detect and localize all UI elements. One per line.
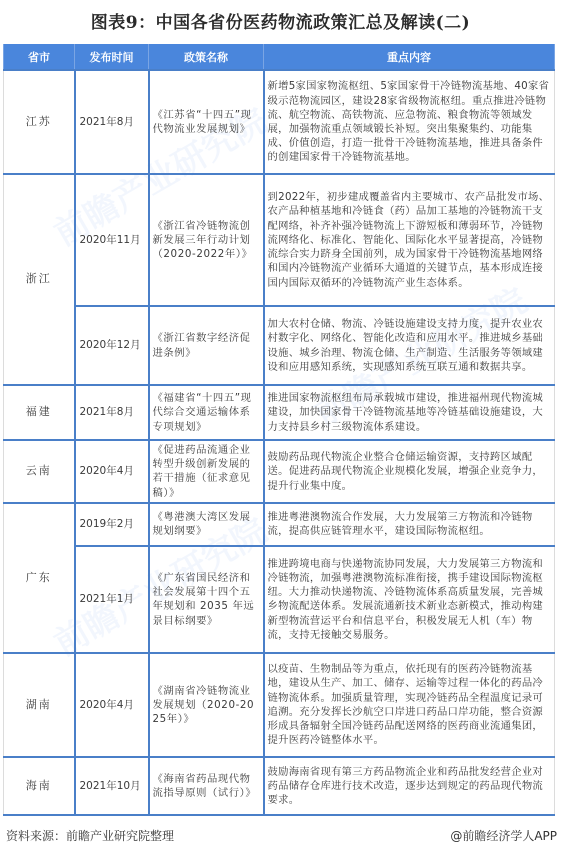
credit-note: @前瞻经济学人APP — [450, 827, 557, 844]
province-cell: 海南 — [4, 757, 75, 815]
date-cell: 2021年8月 — [75, 70, 149, 174]
province-cell: 湖南 — [4, 653, 75, 757]
chart-title: 图表9：中国各省份医药物流政策汇总及解读(二) — [0, 8, 561, 33]
policy-name-cell: 《粤港澳大湾区发展规划纲要》 — [149, 503, 264, 546]
date-cell: 2020年4月 — [75, 440, 149, 503]
date-cell: 2021年8月 — [75, 385, 149, 440]
table-row: 福建 2021年8月 《福建省“十四五”现代综合交通运输体系专项规划》 推进国家… — [4, 385, 555, 440]
table-row: 2020年12月 《浙江省数字经济促进条例》 加大农村仓储、物流、冷链设施建设支… — [4, 306, 555, 385]
date-cell: 2021年10月 — [75, 757, 149, 815]
content-cell: 到2022年，初步建成覆盖省内主要城市、农产品批发市场、农产品种植基地和冷链食（… — [264, 174, 555, 306]
header-province: 省市 — [4, 44, 75, 70]
header-policy-name: 政策名称 — [149, 44, 264, 70]
table-row: 云南 2020年4月 《促进药品流通企业转型升级创新发展的若干措施（征求意见稿）… — [4, 440, 555, 503]
content-cell: 加大农村仓储、物流、冷链设施建设支持力度，提升农业农村数字化、网络化、智能化改造… — [264, 306, 555, 385]
content-cell: 推进跨境电商与快递物流协同发展，大力发展第三方物流和冷链物流，加强粤港澳物流标准… — [264, 546, 555, 653]
content-cell: 新增5家国家物流枢纽、5家国家骨干冷链物流基地、40家省级示范物流园区，建设28… — [264, 70, 555, 174]
source-note: 资料来源：前瞻产业研究院整理 — [6, 827, 174, 844]
province-cell: 江苏 — [4, 70, 75, 174]
table-row: 浙江 2020年11月 《浙江省冷链物流创新发展三年行动计划（2020-2022… — [4, 174, 555, 306]
content-cell: 以疫苗、生物制品等为重点，依托现有的医药冷链物流基地，建设从生产、加工、储存、运… — [264, 653, 555, 757]
policy-name-cell: 《江苏省“十四五”现代物流业发展规划》 — [149, 70, 264, 174]
table-row: 2021年1月 《广东省国民经济和社会发展第十四个五年规划和 2035 年远景目… — [4, 546, 555, 653]
table-row: 湖南 2020年4月 《湖南省冷链物流业发展规划（2020-2025年）》 以疫… — [4, 653, 555, 757]
content-cell: 推进国家物流枢纽布局承载城市建设，推进福州现代物流城建设，加快国家骨干冷链物流基… — [264, 385, 555, 440]
province-cell: 福建 — [4, 385, 75, 440]
province-cell: 广东 — [4, 503, 75, 653]
content-cell: 推进粤港澳物流合作发展，大力发展第三方物流和冷链物流，提高供应链管理水平，建设国… — [264, 503, 555, 546]
province-cell: 云南 — [4, 440, 75, 503]
date-cell: 2020年12月 — [75, 306, 149, 385]
table-header-row: 省市 发布时间 政策名称 重点内容 — [4, 44, 555, 70]
policy-name-cell: 《促进药品流通企业转型升级创新发展的若干措施（征求意见稿）》 — [149, 440, 264, 503]
policy-name-cell: 《海南省药品现代物流指导原则（试行）》 — [149, 757, 264, 815]
province-cell: 浙江 — [4, 174, 75, 385]
header-key-content: 重点内容 — [264, 44, 555, 70]
policy-name-cell: 《广东省国民经济和社会发展第十四个五年规划和 2035 年远景目标纲要》 — [149, 546, 264, 653]
date-cell: 2021年1月 — [75, 546, 149, 653]
date-cell: 2019年2月 — [75, 503, 149, 546]
policy-name-cell: 《湖南省冷链物流业发展规划（2020-2025年）》 — [149, 653, 264, 757]
table-row: 广东 2019年2月 《粤港澳大湾区发展规划纲要》 推进粤港澳物流合作发展，大力… — [4, 503, 555, 546]
policy-name-cell: 《浙江省冷链物流创新发展三年行动计划（2020-2022年）》 — [149, 174, 264, 306]
content-cell: 鼓励药品现代物流企业整合仓储运输资源，支持跨区域配送。促进药品现代物流企业规模化… — [264, 440, 555, 503]
date-cell: 2020年11月 — [75, 174, 149, 306]
policy-table: 省市 发布时间 政策名称 重点内容 江苏 2021年8月 《江苏省“十四五”现代… — [3, 44, 555, 816]
policy-name-cell: 《浙江省数字经济促进条例》 — [149, 306, 264, 385]
table-row: 江苏 2021年8月 《江苏省“十四五”现代物流业发展规划》 新增5家国家物流枢… — [4, 70, 555, 174]
date-cell: 2020年4月 — [75, 653, 149, 757]
policy-name-cell: 《福建省“十四五”现代综合交通运输体系专项规划》 — [149, 385, 264, 440]
header-date: 发布时间 — [75, 44, 149, 70]
content-cell: 鼓励海南省现有第三方药品物流企业和药品批发经营企业对药品储存仓库进行技术改造，逐… — [264, 757, 555, 815]
table-row: 海南 2021年10月 《海南省药品现代物流指导原则（试行）》 鼓励海南省现有第… — [4, 757, 555, 815]
